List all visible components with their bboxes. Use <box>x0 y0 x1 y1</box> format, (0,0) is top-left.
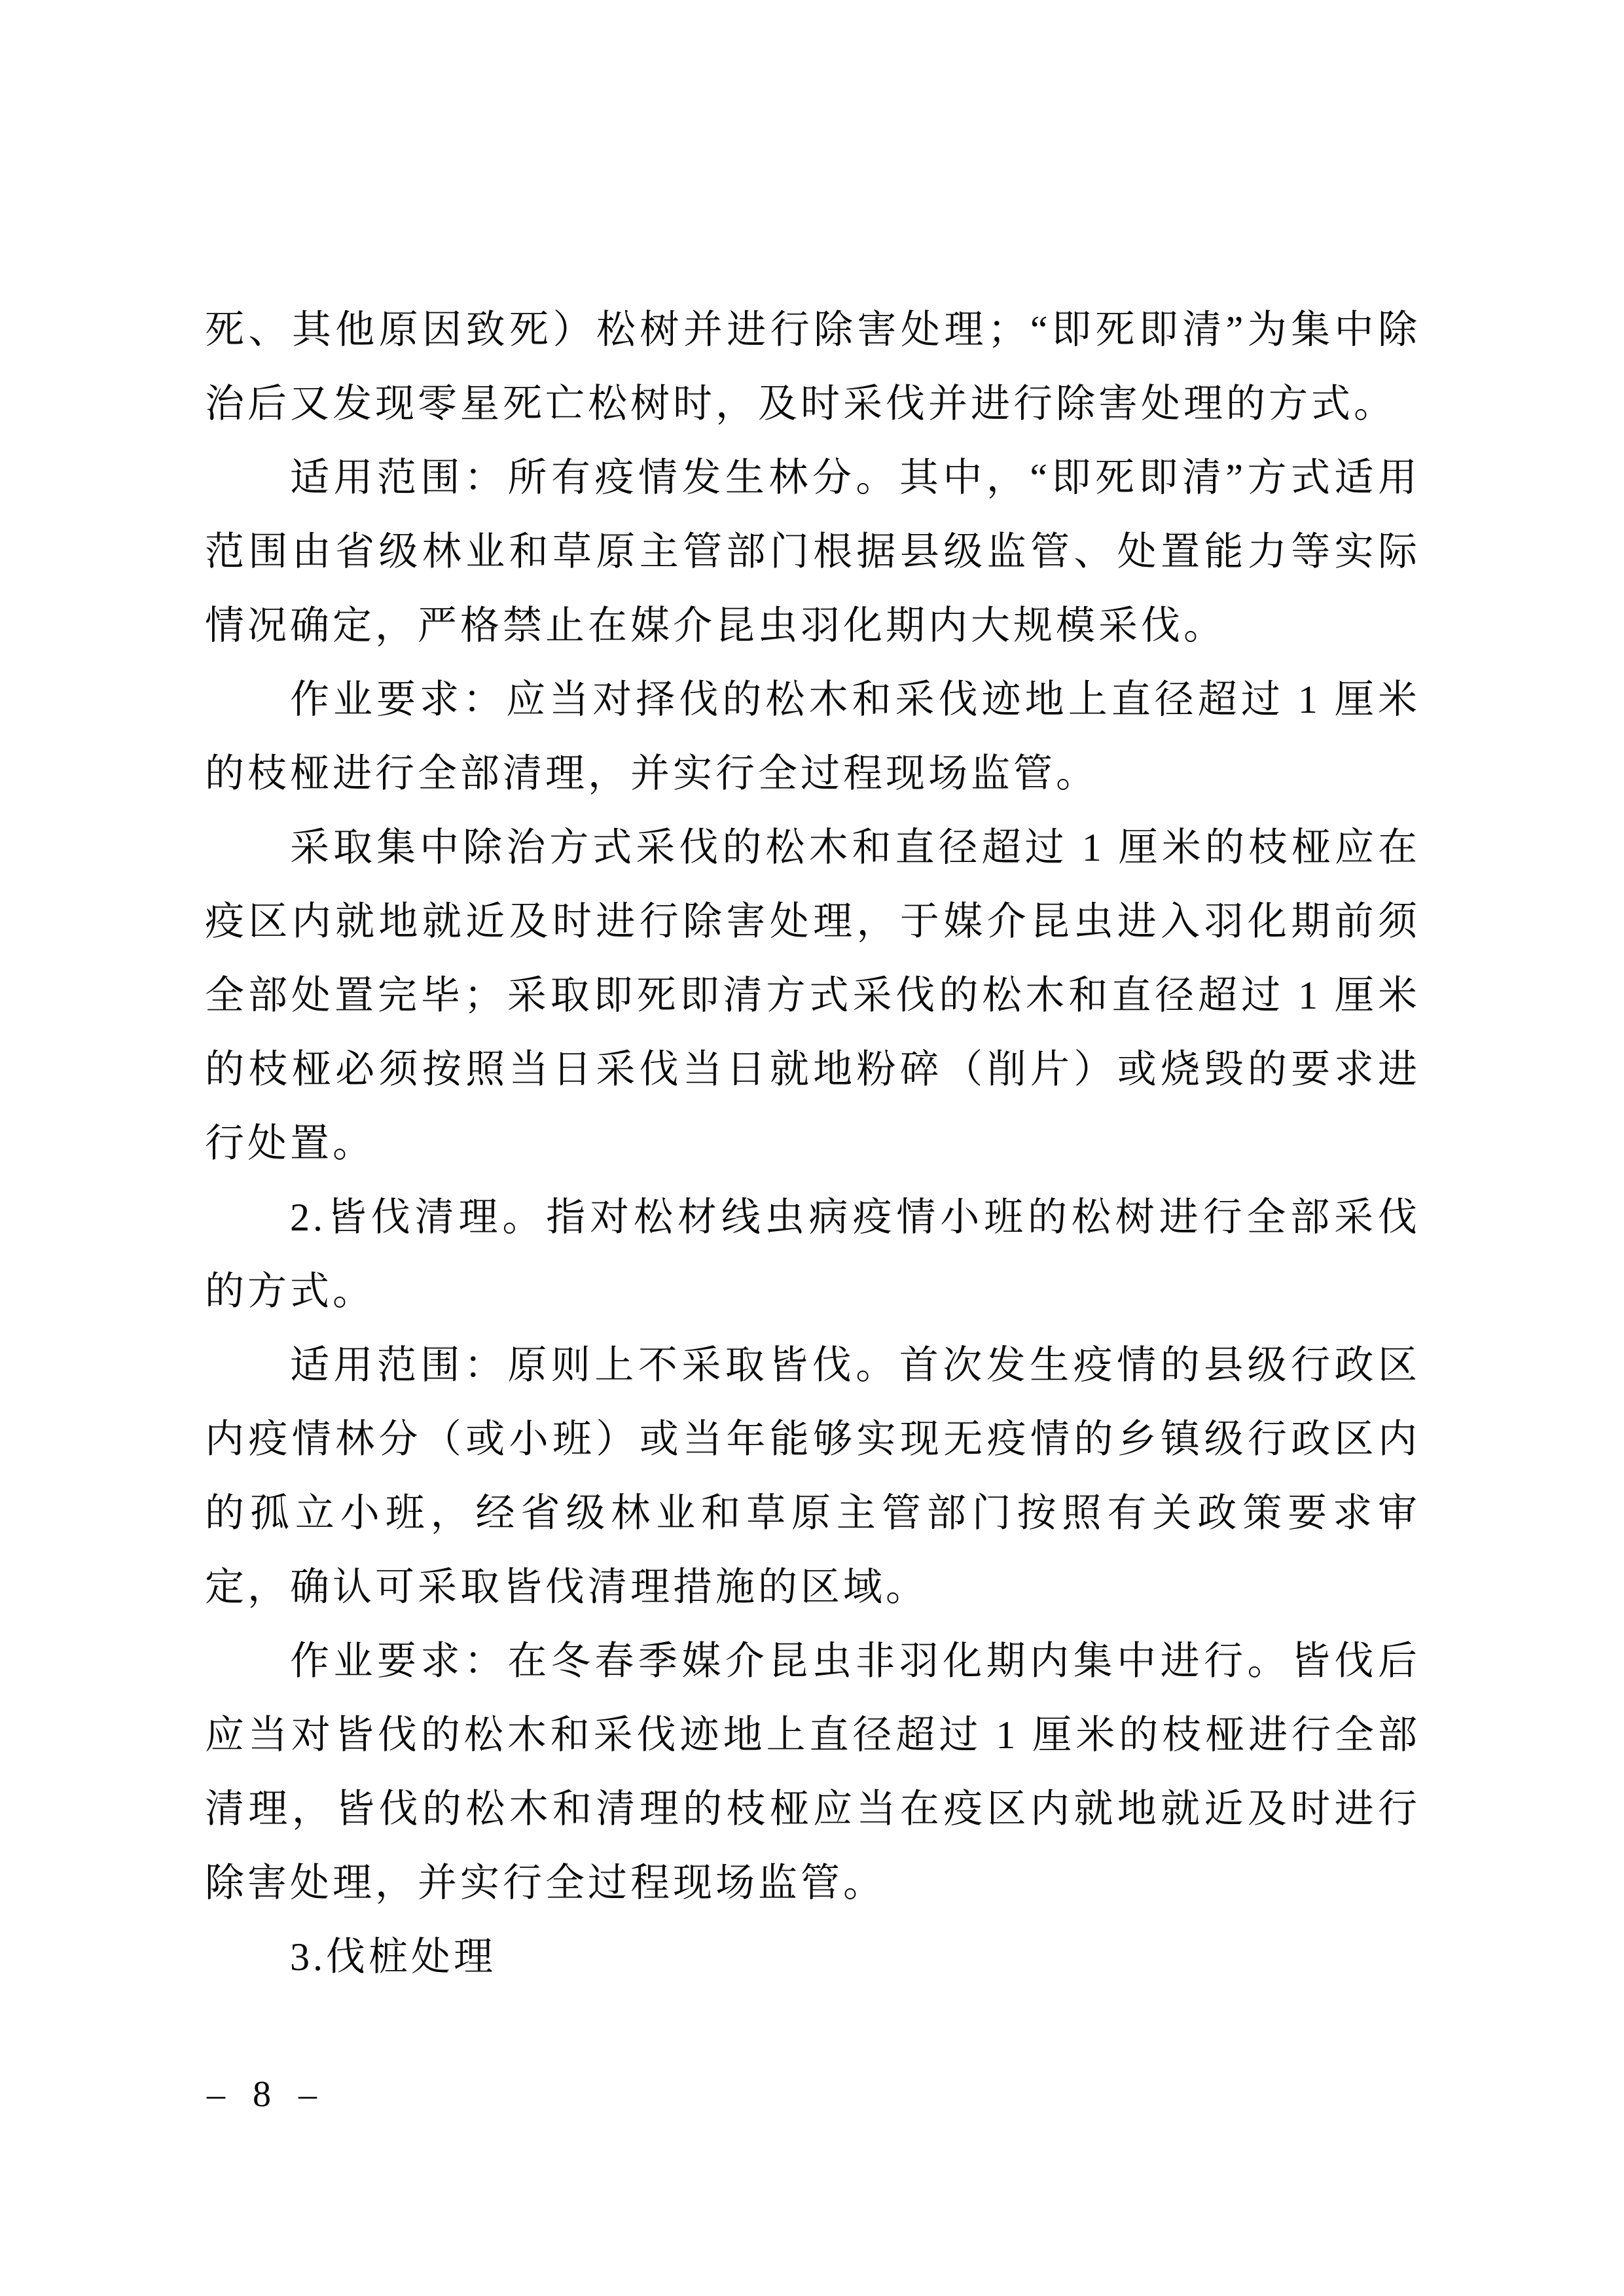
paragraph: 3.伐桩处理 <box>205 1920 1420 1994</box>
paragraph: 采取集中除治方式采伐的松木和直径超过 1 厘米的枝桠应在疫区内就地就近及时进行除… <box>205 811 1420 1181</box>
body-text-block: 死、其他原因致死）松树并进行除害处理；“即死即清”为集中除治后又发现零星死亡松树… <box>205 293 1420 1994</box>
paragraph: 2.皆伐清理。指对松材线虫病疫情小班的松树进行全部采伐的方式。 <box>205 1181 1420 1329</box>
paragraph: 作业要求：应当对择伐的松木和采伐迹地上直径超过 1 厘米的枝桠进行全部清理，并实… <box>205 663 1420 811</box>
paragraph: 作业要求：在冬春季媒介昆虫非羽化期内集中进行。皆伐后应当对皆伐的松木和采伐迹地上… <box>205 1624 1420 1920</box>
paragraph: 适用范围：所有疫情发生林分。其中，“即死即清”方式适用范围由省级林业和草原主管部… <box>205 441 1420 663</box>
document-page: 死、其他原因致死）松树并进行除害处理；“即死即清”为集中除治后又发现零星死亡松树… <box>0 0 1624 2296</box>
paragraph: 适用范围：原则上不采取皆伐。首次发生疫情的县级行政区内疫情林分（或小班）或当年能… <box>205 1329 1420 1624</box>
page-number: – 8 – <box>207 2073 326 2115</box>
paragraph: 死、其他原因致死）松树并进行除害处理；“即死即清”为集中除治后又发现零星死亡松树… <box>205 293 1420 441</box>
